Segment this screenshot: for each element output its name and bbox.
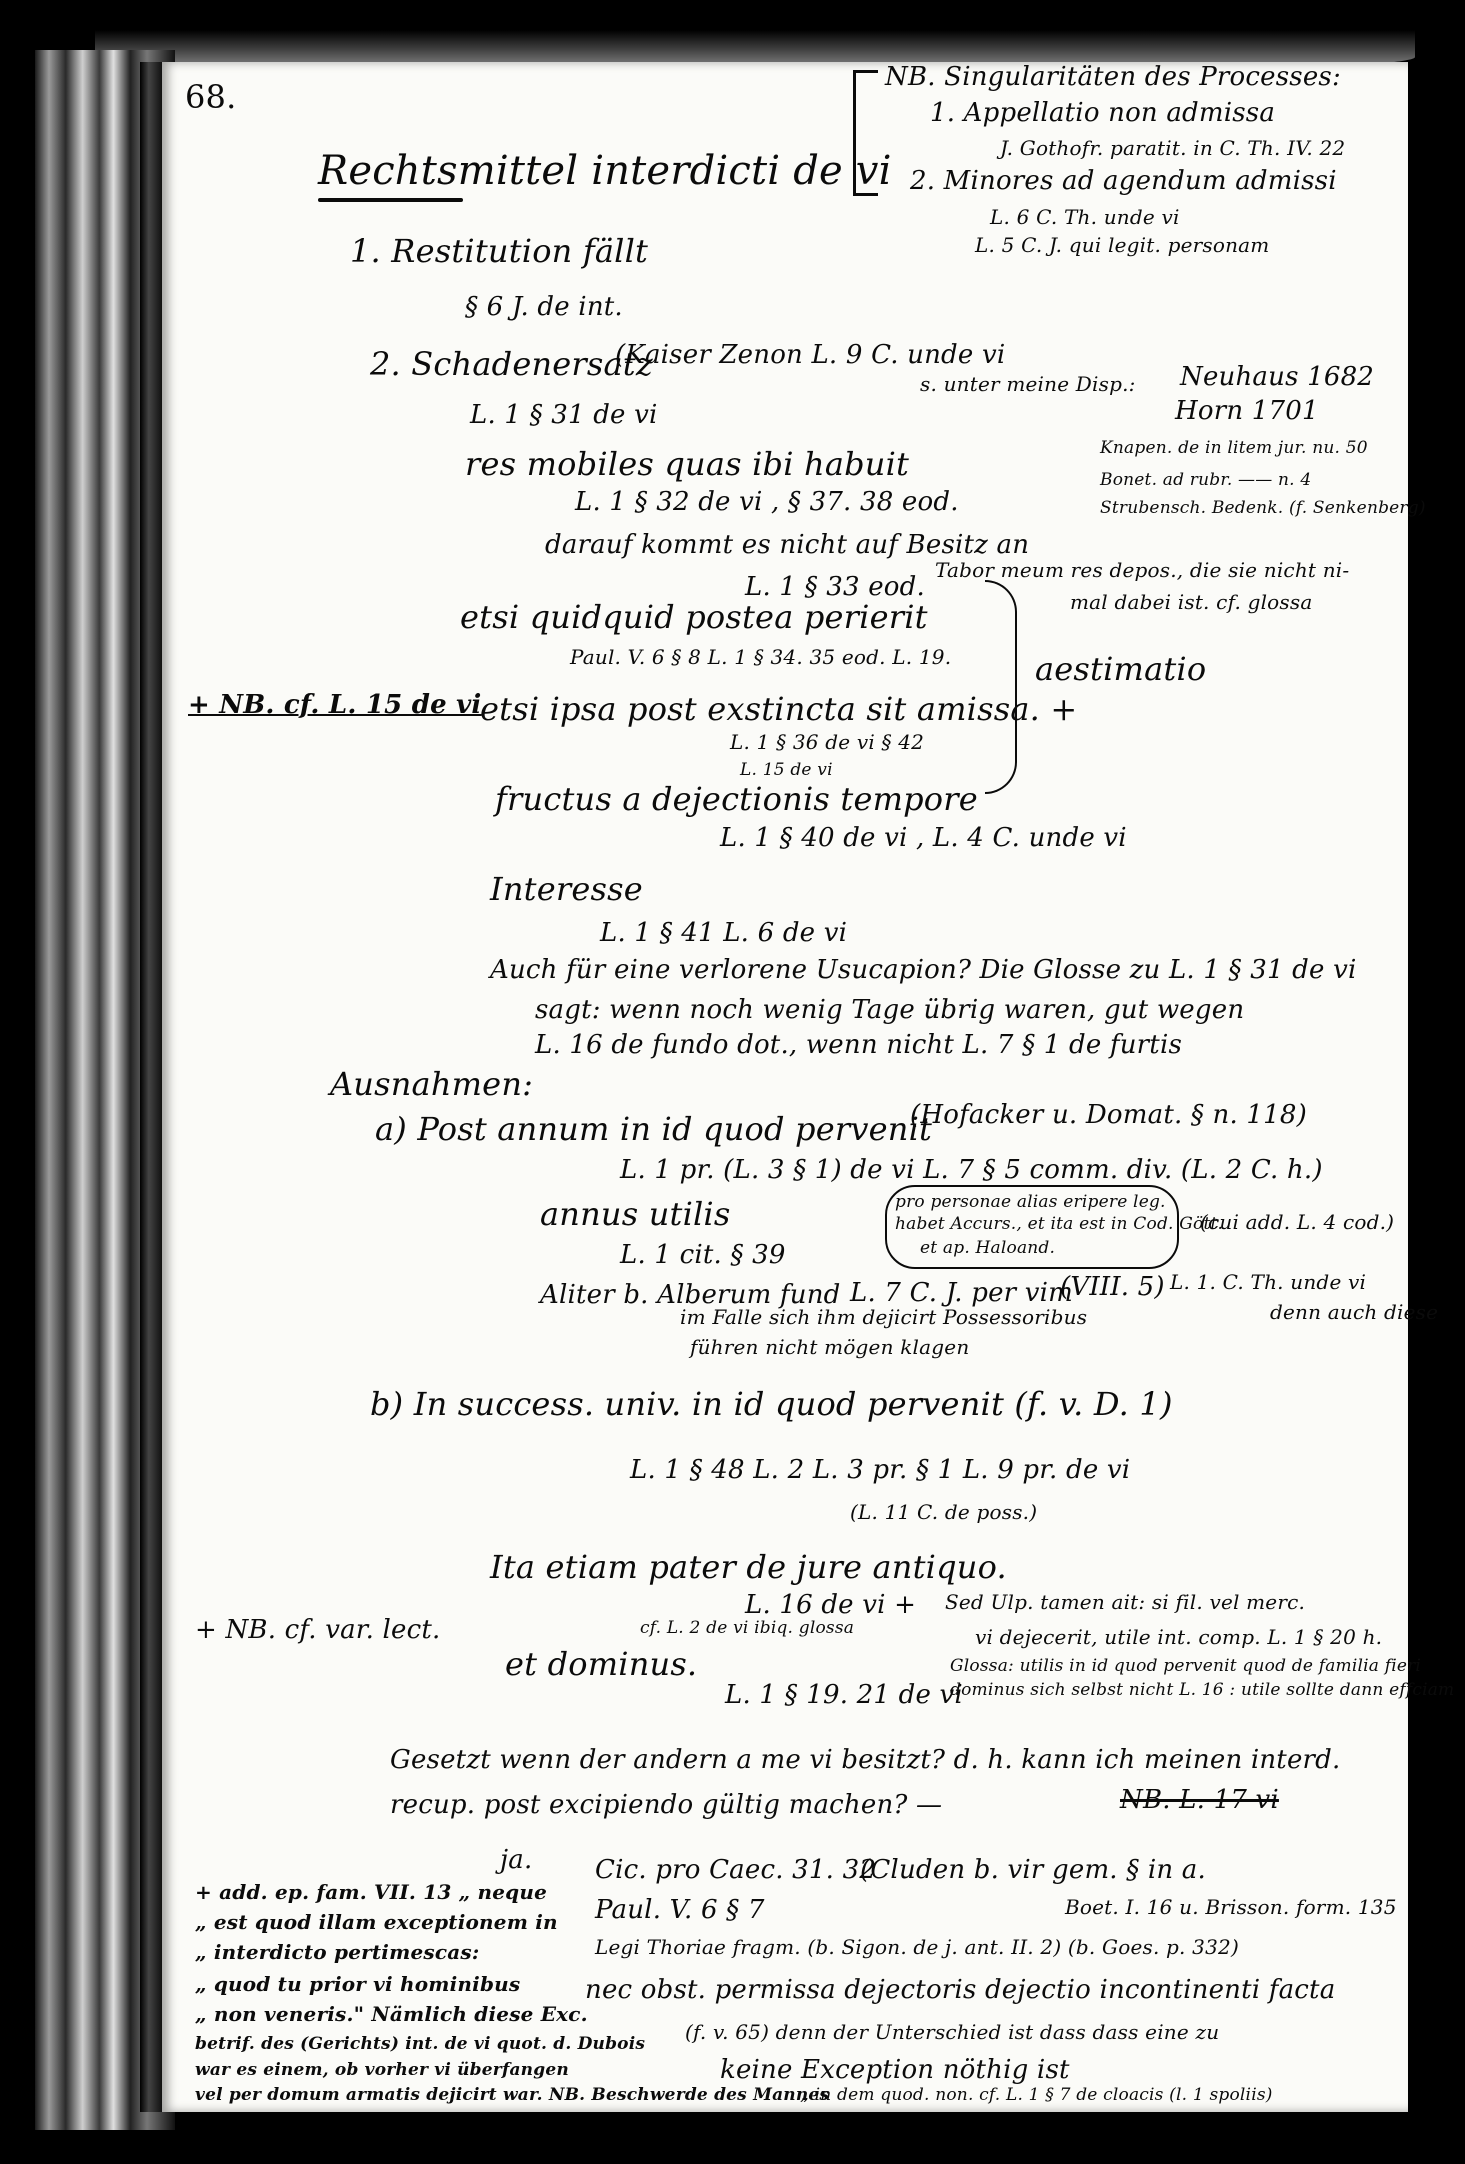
margin-block-line: „ est quod illam exceptionem in: [195, 1910, 558, 1934]
text-line: et ap. Haloand.: [920, 1238, 1055, 1258]
text-line: Cic. pro Caec. 31. 32: [595, 1855, 876, 1885]
text-line: Legi Thoriae fragm. (b. Sigon. de j. ant…: [595, 1935, 1239, 1959]
text-line: etsi quidquid postea perierit: [460, 598, 928, 636]
text-line: L. 1 § 41 L. 6 de vi: [600, 918, 847, 948]
text-line: L. 1 cit. § 39: [620, 1240, 786, 1270]
text-line: L. 15 de vi: [740, 760, 833, 780]
note-item-1-ref: J. Gothofr. paratit. in C. Th. IV. 22: [1000, 136, 1345, 160]
note-title: NB. Singularitäten des Processes:: [885, 62, 1341, 92]
text-line: (Hofacker u. Domat. § n. 118): [910, 1100, 1307, 1130]
struck-text: NB. L. 17 vi: [1120, 1785, 1279, 1815]
note-bracket: [853, 70, 878, 196]
text-line: Gesetzt wenn der andern a me vi besitzt?…: [390, 1745, 1340, 1775]
text-line: Knapen. de in litem jur. nu. 50: [1100, 438, 1368, 458]
text-line: habet Accurs., et ita est in Cod. Gött.: [895, 1214, 1223, 1234]
text-line: 1. Restitution fällt: [350, 232, 648, 270]
text-line: annus utilis: [540, 1195, 731, 1233]
text-line: et dominus.: [505, 1645, 697, 1683]
brace: [985, 580, 1017, 794]
text-line: mal dabei ist. cf. glossa: [1070, 590, 1312, 614]
text-line: L. 16 de fundo dot., wenn nicht L. 7 § 1…: [535, 1030, 1182, 1060]
text-line: Paul. V. 6 § 8 L. 1 § 34. 35 eod. L. 19.: [570, 645, 951, 669]
text-line: ja.: [500, 1845, 532, 1875]
text-line: Bonet. ad rubr. —— n. 4: [1100, 470, 1311, 490]
text-line: aestimatio: [1035, 650, 1206, 688]
text-line: (f. v. 65) denn der Unterschied ist dass…: [685, 2020, 1219, 2044]
text-line: Glossa: utilis in id quod pervenit quod …: [950, 1656, 1421, 1676]
text-line: s. unter meine Disp.:: [920, 372, 1136, 396]
margin-note: + NB. cf. L. 15 de vi: [188, 690, 481, 720]
text-line: § 6 J. de int.: [465, 292, 623, 322]
text-line: Ita etiam pater de jure antiquo.: [490, 1548, 1007, 1586]
text-line: Interesse: [490, 870, 643, 908]
text-line: denn auch diese: [1270, 1300, 1438, 1324]
text-line: L. 16 de vi +: [745, 1590, 916, 1620]
margin-block-line: + add. ep. fam. VII. 13 „ neque: [195, 1880, 547, 1904]
text-line: L. 1 § 40 de vi , L. 4 C. unde vi: [720, 823, 1127, 853]
note-item-1: 1. Appellatio non admissa: [930, 98, 1275, 128]
text-line: L. 7 C. J. per vim: [850, 1278, 1073, 1308]
text-line: (VIII. 5): [1060, 1272, 1165, 1302]
text-line: darauf kommt es nicht auf Besitz an: [545, 530, 1029, 560]
text-line: vi dejecerit, utile int. comp. L. 1 § 20…: [975, 1625, 1382, 1649]
page-title: Rechtsmittel interdicti de vi: [318, 148, 892, 194]
text-line: (Kaiser Zenon L. 9 C. unde vi: [615, 340, 1005, 370]
margin-block-line: vel per domum armatis dejicirt war. NB. …: [195, 2085, 829, 2105]
text-line: Auch für eine verlorene Usucapion? Die G…: [490, 955, 1356, 985]
text-line: etsi ipsa post exstincta sit amissa. +: [480, 690, 1077, 728]
text-line: pro personae alias eripere leg.: [895, 1192, 1166, 1212]
text-line: L. 1 § 36 de vi § 42: [730, 730, 924, 754]
margin-note: + NB. cf. var. lect.: [195, 1615, 441, 1645]
text-line: L. 1 pr. (L. 3 § 1) de vi L. 7 § 5 comm.…: [620, 1155, 1323, 1185]
text-line: L. 1 § 32 de vi , § 37. 38 eod.: [575, 487, 959, 517]
note-item-2: 2. Minores ad agendum admissi: [910, 166, 1337, 196]
text-line: Neuhaus 1682: [1180, 362, 1374, 392]
margin-block-line: „ interdicto pertimescas:: [195, 1940, 479, 1964]
page-gutter: [140, 62, 162, 2112]
text-line: keine Exception nöthig ist: [720, 2055, 1070, 2085]
text-line: b) In success. univ. in id quod pervenit…: [370, 1385, 1173, 1423]
text-line: (Cluden b. vir gem. § in a.: [860, 1855, 1206, 1885]
text-line: cf. L. 2 de vi ibiq. glossa: [640, 1618, 854, 1638]
text-line: recup. post excipiendo gültig machen? —: [390, 1790, 942, 1820]
text-line: Sed Ulp. tamen ait: si fil. vel merc.: [945, 1590, 1305, 1614]
text-line: sagt: wenn noch wenig Tage übrig waren, …: [535, 995, 1244, 1025]
text-line: Horn 1701: [1175, 396, 1319, 426]
text-line: (L. 11 C. de poss.): [850, 1500, 1037, 1524]
title-underline: [318, 198, 463, 202]
text-line: Boet. I. 16 u. Brisson. form. 135: [1065, 1895, 1397, 1919]
text-line: nec obst. permissa dejectoris dejectio i…: [585, 1975, 1335, 2005]
margin-block-line: „ quod tu prior vi hominibus: [195, 1972, 520, 1996]
text-line: a) Post annum in id quod pervenit: [375, 1110, 932, 1148]
margin-block-line: betrif. des (Gerichts) int. de vi quot. …: [195, 2034, 645, 2054]
text-line: dominus sich selbst nicht L. 16 : utile …: [950, 1680, 1454, 1700]
text-line: „ in dem quod. non. cf. L. 1 § 7 de cloa…: [800, 2085, 1273, 2105]
text-line: Strubensch. Bedenk. (f. Senkenberg): [1100, 498, 1426, 518]
text-line: im Falle sich ihm dejicirt Possessoribus: [680, 1305, 1087, 1329]
text-line: L. 1. C. Th. unde vi: [1170, 1270, 1366, 1294]
text-line: Paul. V. 6 § 7: [595, 1895, 765, 1925]
text-line: fructus a dejectionis tempore: [495, 780, 978, 818]
text-line: L. 1 § 48 L. 2 L. 3 pr. § 1 L. 9 pr. de …: [630, 1455, 1130, 1485]
text-line: Ausnahmen:: [330, 1065, 533, 1103]
text-line: res mobiles quas ibi habuit: [465, 445, 909, 483]
note-item-2-ref-2: L. 5 C. J. qui legit. personam: [975, 233, 1269, 257]
text-line: L. 1 § 19. 21 de vi: [725, 1680, 963, 1710]
note-item-2-ref-1: L. 6 C. Th. unde vi: [990, 205, 1180, 229]
text-line: 2. Schadenersatz: [370, 345, 653, 383]
page-number: 68.: [185, 78, 237, 116]
text-line: führen nicht mögen klagen: [690, 1335, 969, 1359]
margin-block-line: war es einem, ob vorher vi überfangen: [195, 2060, 569, 2080]
text-line: Tabor meum res depos., die sie nicht ni-: [935, 558, 1349, 582]
margin-block-line: „ non veneris." Nämlich diese Exc.: [195, 2002, 588, 2026]
text-line: (cui add. L. 4 cod.): [1200, 1210, 1394, 1234]
text-line: L. 1 § 31 de vi: [470, 400, 658, 430]
